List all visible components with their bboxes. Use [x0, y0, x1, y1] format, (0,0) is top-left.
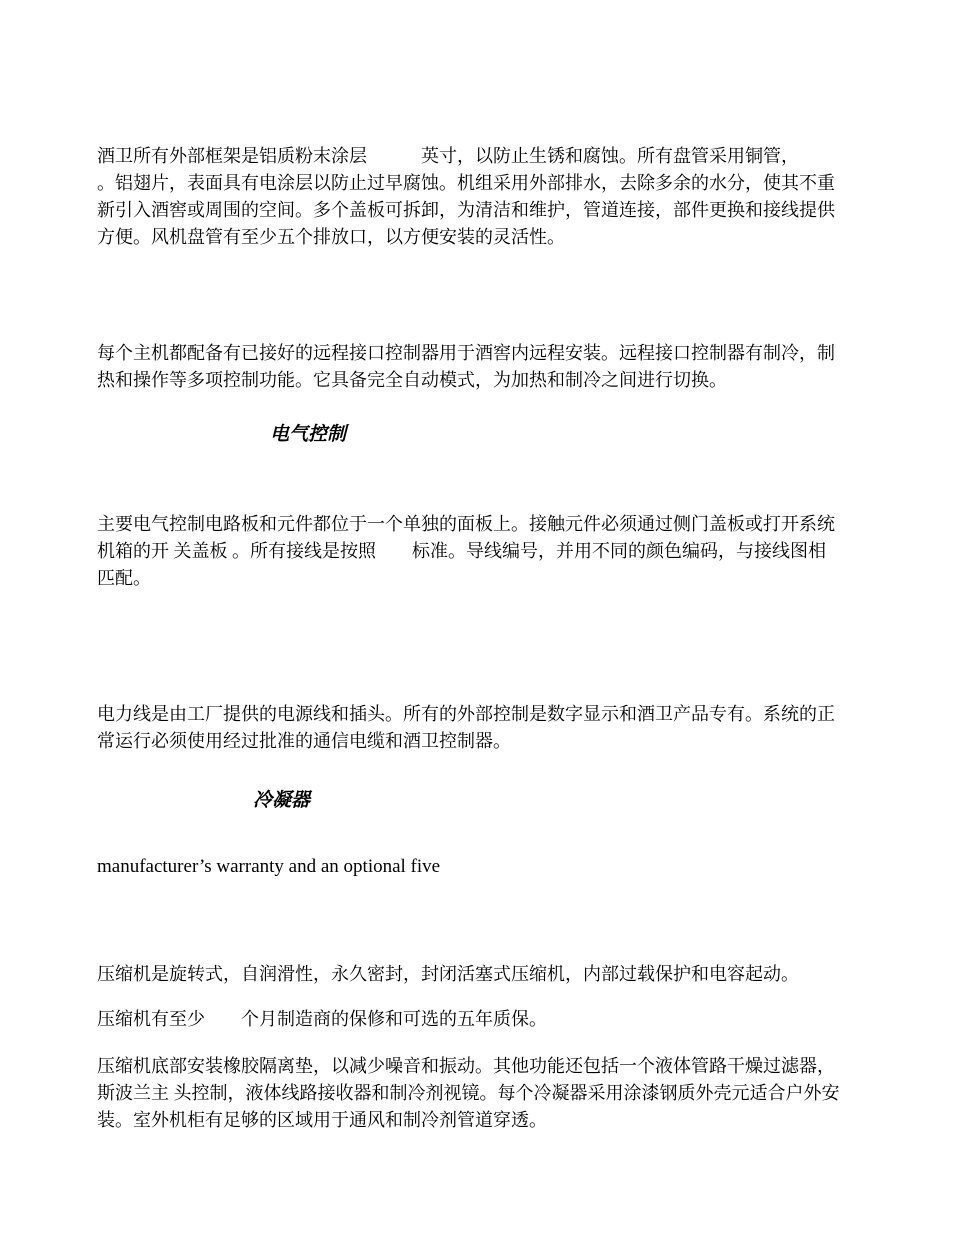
- paragraph-exterior-frame: 酒卫所有外部框架是铝质粉末涂层 英寸，以防止生锈和腐蚀。所有盘管采用铜管， 。铝…: [97, 143, 887, 251]
- paragraph-compressor-mounting: 压缩机底部安装橡胶隔离垫，以减少噪音和振动。其他功能还包括一个液体管路干燥过滤器…: [97, 1053, 887, 1134]
- paragraph-compressor-type: 压缩机是旋转式，自润滑性，永久密封，封闭活塞式压缩机，内部过载保护和电容起动。: [97, 961, 887, 988]
- document-page: 酒卫所有外部框架是铝质粉末涂层 英寸，以防止生锈和腐蚀。所有盘管采用铜管， 。铝…: [0, 0, 954, 1235]
- heading-electrical-controls: 电气控制: [270, 423, 346, 447]
- line-english-warranty: manufacturer’s warranty and an optional …: [97, 855, 887, 879]
- paragraph-electrical-panel: 主要电气控制电路板和元件都位于一个单独的面板上。接触元件必须通过侧门盖板或打开系…: [97, 511, 887, 592]
- paragraph-power-line: 电力线是由工厂提供的电源线和插头。所有的外部控制是数字显示和酒卫产品专有。系统的…: [97, 701, 887, 755]
- paragraph-remote-interface-controller: 每个主机都配备有已接好的远程接口控制器用于酒窖内远程安装。远程接口控制器有制冷，…: [97, 340, 887, 394]
- paragraph-compressor-warranty: 压缩机有至少 个月制造商的保修和可选的五年质保。: [97, 1006, 887, 1033]
- heading-condenser: 冷凝器: [253, 789, 310, 813]
